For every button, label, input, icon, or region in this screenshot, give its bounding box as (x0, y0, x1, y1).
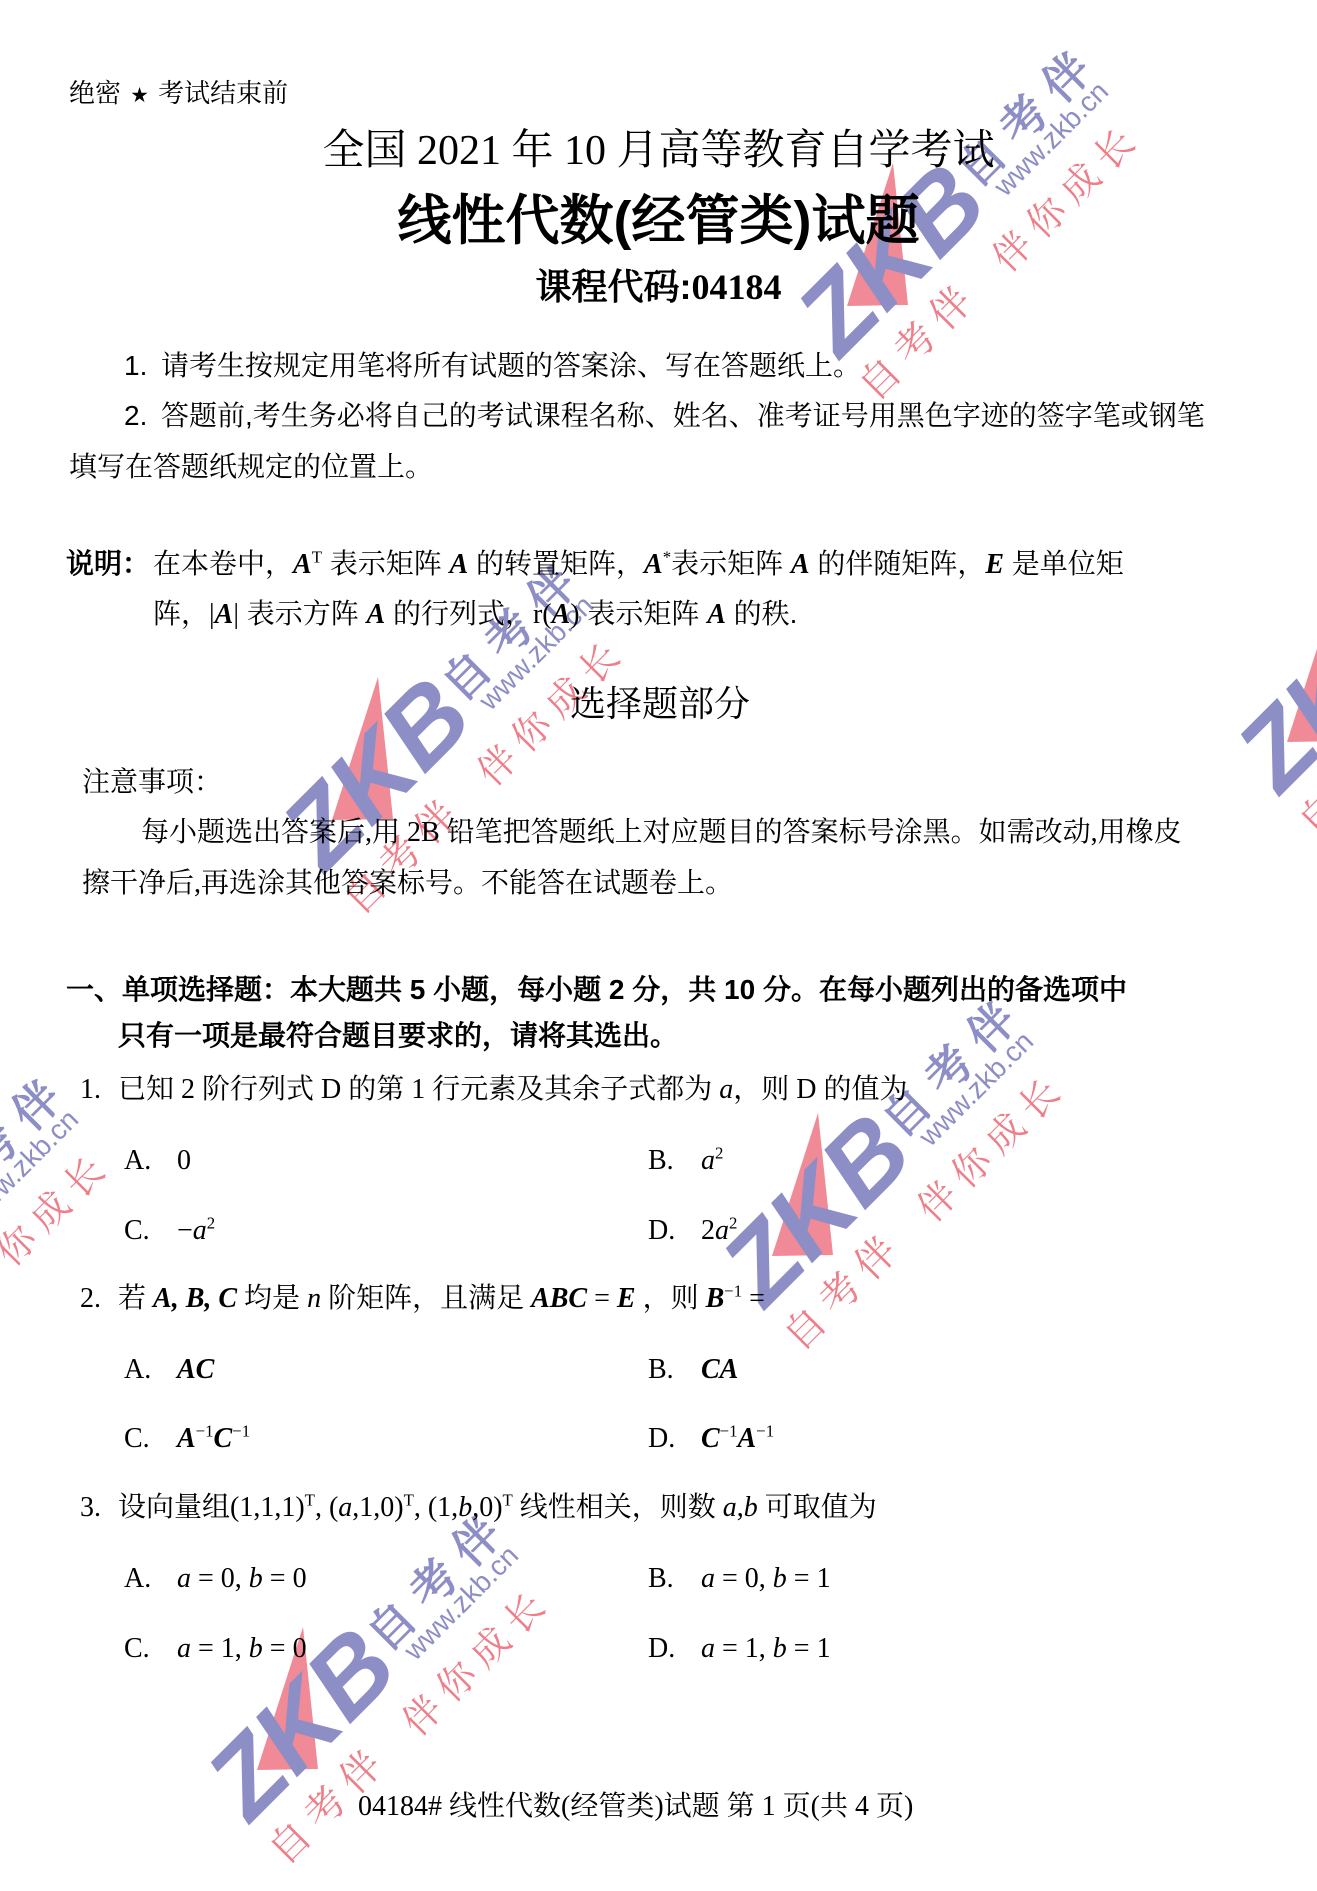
text-segment: ，则 (636, 1283, 706, 1314)
option-value: = 1 (787, 1633, 831, 1664)
text-segment: ，则 D 的值为 (733, 1074, 907, 1105)
confidential-label: 绝密 (69, 78, 121, 108)
text-segment: 的伴随矩阵， (810, 548, 986, 579)
option-label: A. (124, 1147, 177, 1175)
variable-symbol: a (701, 1145, 715, 1176)
variable-symbol: a (177, 1563, 191, 1594)
option-value: 0 (177, 1145, 191, 1176)
question-number: 2. (80, 1285, 118, 1313)
option-label: C. (124, 1425, 177, 1453)
superscript: 2 (715, 1144, 723, 1163)
matrix-symbol: A (552, 599, 571, 630)
question-2-option-c: C.A−1C−1 (124, 1425, 250, 1453)
question-1-option-d: D.2a2 (648, 1217, 737, 1245)
text-segment: 的行列式， (385, 598, 533, 629)
vector: (1, (428, 1492, 458, 1523)
option-value: = 1, (715, 1633, 773, 1664)
option-label: B. (648, 1147, 701, 1175)
text-segment: 是单位矩 (1004, 548, 1124, 579)
variable-symbol: n (307, 1283, 321, 1314)
question-3-option-b: B.a = 0, b = 1 (648, 1565, 831, 1593)
course-code-label: 课程代码: (536, 266, 692, 307)
question-3-option-a: A.a = 0, b = 0 (124, 1565, 307, 1593)
notice-number: 1. (124, 352, 161, 380)
superscript: −1 (756, 1422, 774, 1441)
part-heading-line-1: 一、单项选择题：本大题共 5 小题，每小题 2 分，共 10 分。在每小题列出的… (66, 976, 1127, 1004)
notice-item-1: 1.请考生按规定用笔将所有试题的答案涂、写在答题纸上。 (124, 352, 861, 380)
option-value: = 1 (787, 1563, 831, 1594)
matrix-symbol: B (706, 1283, 725, 1314)
question-2-option-a: A.AC (124, 1356, 214, 1384)
text-segment: 线性相关，则数 (513, 1492, 723, 1523)
notice-number: 2. (124, 402, 161, 430)
question-number: 1. (80, 1076, 118, 1104)
question-3-stem: 3.设向量组(1,1,1)T, (a,1,0)T, (1,b,0)T 线性相关，… (80, 1494, 877, 1522)
separator: , (414, 1492, 428, 1523)
variable-symbol: a (701, 1633, 715, 1664)
option-label: A. (124, 1356, 177, 1384)
option-label: B. (648, 1356, 701, 1384)
matrix-symbol: A (177, 1423, 196, 1454)
superscript: −1 (724, 1282, 742, 1301)
option-label: C. (124, 1217, 177, 1245)
superscript: T (404, 1491, 414, 1510)
coefficient: 2 (701, 1215, 715, 1246)
part-heading-line-2: 只有一项是最符合题目要求的，请将其选出。 (118, 1022, 678, 1050)
matrix-symbol: A (644, 549, 663, 580)
matrix-symbol: CA (701, 1354, 738, 1385)
option-value: = 0, (191, 1563, 249, 1594)
equals-sign: = (587, 1283, 617, 1314)
vector: ,0) (472, 1492, 502, 1523)
exam-paper-page: 绝密 ★ 考试结束前 全国 2021 年 10 月高等教育自学考试 线性代数(经… (0, 0, 1317, 1891)
course-code-value: 04184 (692, 267, 782, 307)
matrix-symbol: A (215, 599, 234, 630)
notice-item-2: 2.答题前,考生务必将自己的考试课程名称、姓名、准考证号用黑色字迹的签字笔或钢笔 (124, 402, 1205, 430)
superscript: T (312, 548, 322, 567)
watermark-right-edge (1211, 450, 1317, 847)
separator: , (315, 1492, 329, 1523)
question-3-option-c: C.a = 1, b = 0 (124, 1635, 307, 1663)
variable-symbol: b (249, 1633, 263, 1664)
text-segment: 可取值为 (758, 1492, 877, 1523)
course-code: 课程代码:04184 (0, 269, 1317, 305)
question-2-option-b: B.CA (648, 1356, 738, 1384)
superscript: −1 (232, 1422, 250, 1441)
variable-symbol: b (744, 1492, 758, 1523)
notice-text: 答题前,考生务必将自己的考试课程名称、姓名、准考证号用黑色字迹的签字笔或钢笔 (161, 400, 1205, 431)
question-2-stem: 2.若 A, B, C 均是 n 阶矩阵，且满足 ABC = E ，则 B−1 … (80, 1285, 765, 1313)
matrix-symbol: C (701, 1423, 720, 1454)
option-value: = 0 (263, 1633, 307, 1664)
superscript: * (663, 548, 671, 567)
text-segment: 阶矩阵，且满足 (321, 1283, 531, 1314)
question-number: 3. (80, 1494, 118, 1522)
question-3-option-d: D.a = 1, b = 1 (648, 1635, 831, 1663)
notice-text: 请考生按规定用笔将所有试题的答案涂、写在答题纸上。 (161, 350, 861, 381)
option-label: C. (124, 1635, 177, 1663)
matrix-symbol: A (791, 549, 810, 580)
matrix-symbol: A (738, 1423, 757, 1454)
matrix-symbol: E (985, 549, 1004, 580)
superscript: −1 (196, 1422, 214, 1441)
exam-title: 全国 2021 年 10 月高等教育自学考试 (0, 130, 1317, 172)
notice-item-2-continued: 填写在答题纸规定的位置上。 (69, 453, 433, 481)
text-segment: 均是 (237, 1283, 307, 1314)
matrix-symbol: E (617, 1283, 636, 1314)
text-segment: 的秩. (726, 598, 798, 629)
explanation-line-2: 阵，|A| 表示方阵 A 的行列式，r(A) 表示矩阵 A 的秩. (153, 600, 797, 629)
text-segment: 已知 2 阶行列式 D 的第 1 行元素及其余子式都为 (118, 1074, 719, 1105)
explanation-label: 说明： (66, 550, 153, 578)
question-1-option-a: A.0 (124, 1147, 191, 1175)
attention-line-1: 每小题选出答案后,用 2B 铅笔把答题纸上对应题目的答案标号涂黑。如需改动,用橡… (141, 819, 1182, 847)
superscript: 2 (207, 1214, 215, 1233)
matrix-symbol: A (366, 599, 385, 630)
superscript: −1 (720, 1422, 738, 1441)
option-label: D. (648, 1635, 701, 1663)
option-label: D. (648, 1425, 701, 1453)
variable-symbol: b (249, 1563, 263, 1594)
option-label: B. (648, 1565, 701, 1593)
text-segment: 表示矩阵 (580, 598, 708, 629)
option-label: A. (124, 1565, 177, 1593)
variable-symbol: a (193, 1215, 207, 1246)
matrix-symbol: A (293, 549, 312, 580)
text-segment: 表示矩阵 (671, 548, 791, 579)
star-icon: ★ (128, 84, 151, 107)
matrix-symbol: A (707, 599, 726, 630)
minus-sign: − (177, 1215, 193, 1246)
superscript: 2 (729, 1214, 737, 1233)
question-2-option-d: D.C−1A−1 (648, 1425, 774, 1453)
question-1-option-b: B.a2 (648, 1147, 723, 1175)
variable-symbol: a (701, 1563, 715, 1594)
equals-sign: = (742, 1283, 765, 1314)
rank-function: r( (533, 599, 552, 630)
vector: (1,1,1) (230, 1492, 305, 1523)
text-segment: 的转置矩阵， (468, 548, 644, 579)
variable-symbol: b (458, 1492, 472, 1523)
question-1-option-c: C.−a2 (124, 1217, 215, 1245)
section-title: 选择题部分 (570, 686, 750, 722)
confidentiality-mark: 绝密 ★ 考试结束前 (69, 80, 288, 107)
variable-symbol: a (719, 1074, 733, 1105)
attention-line-2: 擦干净后,再选涂其他答案标号。不能答在试题卷上。 (82, 870, 733, 898)
matrix-symbol: C (214, 1423, 233, 1454)
question-1-stem: 1.已知 2 阶行列式 D 的第 1 行元素及其余子式都为 a，则 D 的值为 (80, 1076, 907, 1104)
option-label: D. (648, 1217, 701, 1245)
matrix-symbol: A, B, C (153, 1283, 237, 1314)
option-value: = 0 (263, 1563, 307, 1594)
option-value: = 0, (715, 1563, 773, 1594)
option-value: = 1, (191, 1633, 249, 1664)
variable-symbol: a (723, 1492, 737, 1523)
superscript: T (503, 1491, 513, 1510)
exam-timing-label: 考试结束前 (158, 78, 288, 108)
variable-symbol: a (177, 1633, 191, 1664)
page-footer: 04184# 线性代数(经管类)试题 第 1 页(共 4 页) (358, 1793, 913, 1821)
text-segment: 表示矩阵 (322, 548, 450, 579)
text-segment: 设向量组 (118, 1492, 230, 1523)
text-segment: 若 (118, 1283, 153, 1314)
text-segment: 表示方阵 (239, 598, 367, 629)
rank-function: ) (570, 599, 579, 630)
watermark-middle-left (256, 528, 653, 925)
vector: ,1,0) (352, 1492, 403, 1523)
variable-symbol: a (715, 1215, 729, 1246)
subject-title: 线性代数(经管类)试题 (0, 194, 1317, 248)
explanation-line-1: 说明：在本卷中，AT 表示矩阵 A 的转置矩阵，A*表示矩阵 A 的伴随矩阵，E… (66, 550, 1124, 579)
text-segment: 在本卷中， (153, 548, 293, 579)
attention-label: 注意事项： (82, 768, 222, 796)
matrix-symbol: A (450, 549, 469, 580)
matrix-symbol: ABC (531, 1283, 587, 1314)
variable-symbol: b (773, 1563, 787, 1594)
text-segment: 阵， (153, 598, 209, 629)
superscript: T (305, 1491, 315, 1510)
variable-symbol: b (773, 1633, 787, 1664)
variable-symbol: a (338, 1492, 352, 1523)
separator: , (737, 1492, 744, 1523)
matrix-symbol: AC (177, 1354, 214, 1385)
vector: ( (329, 1492, 338, 1523)
